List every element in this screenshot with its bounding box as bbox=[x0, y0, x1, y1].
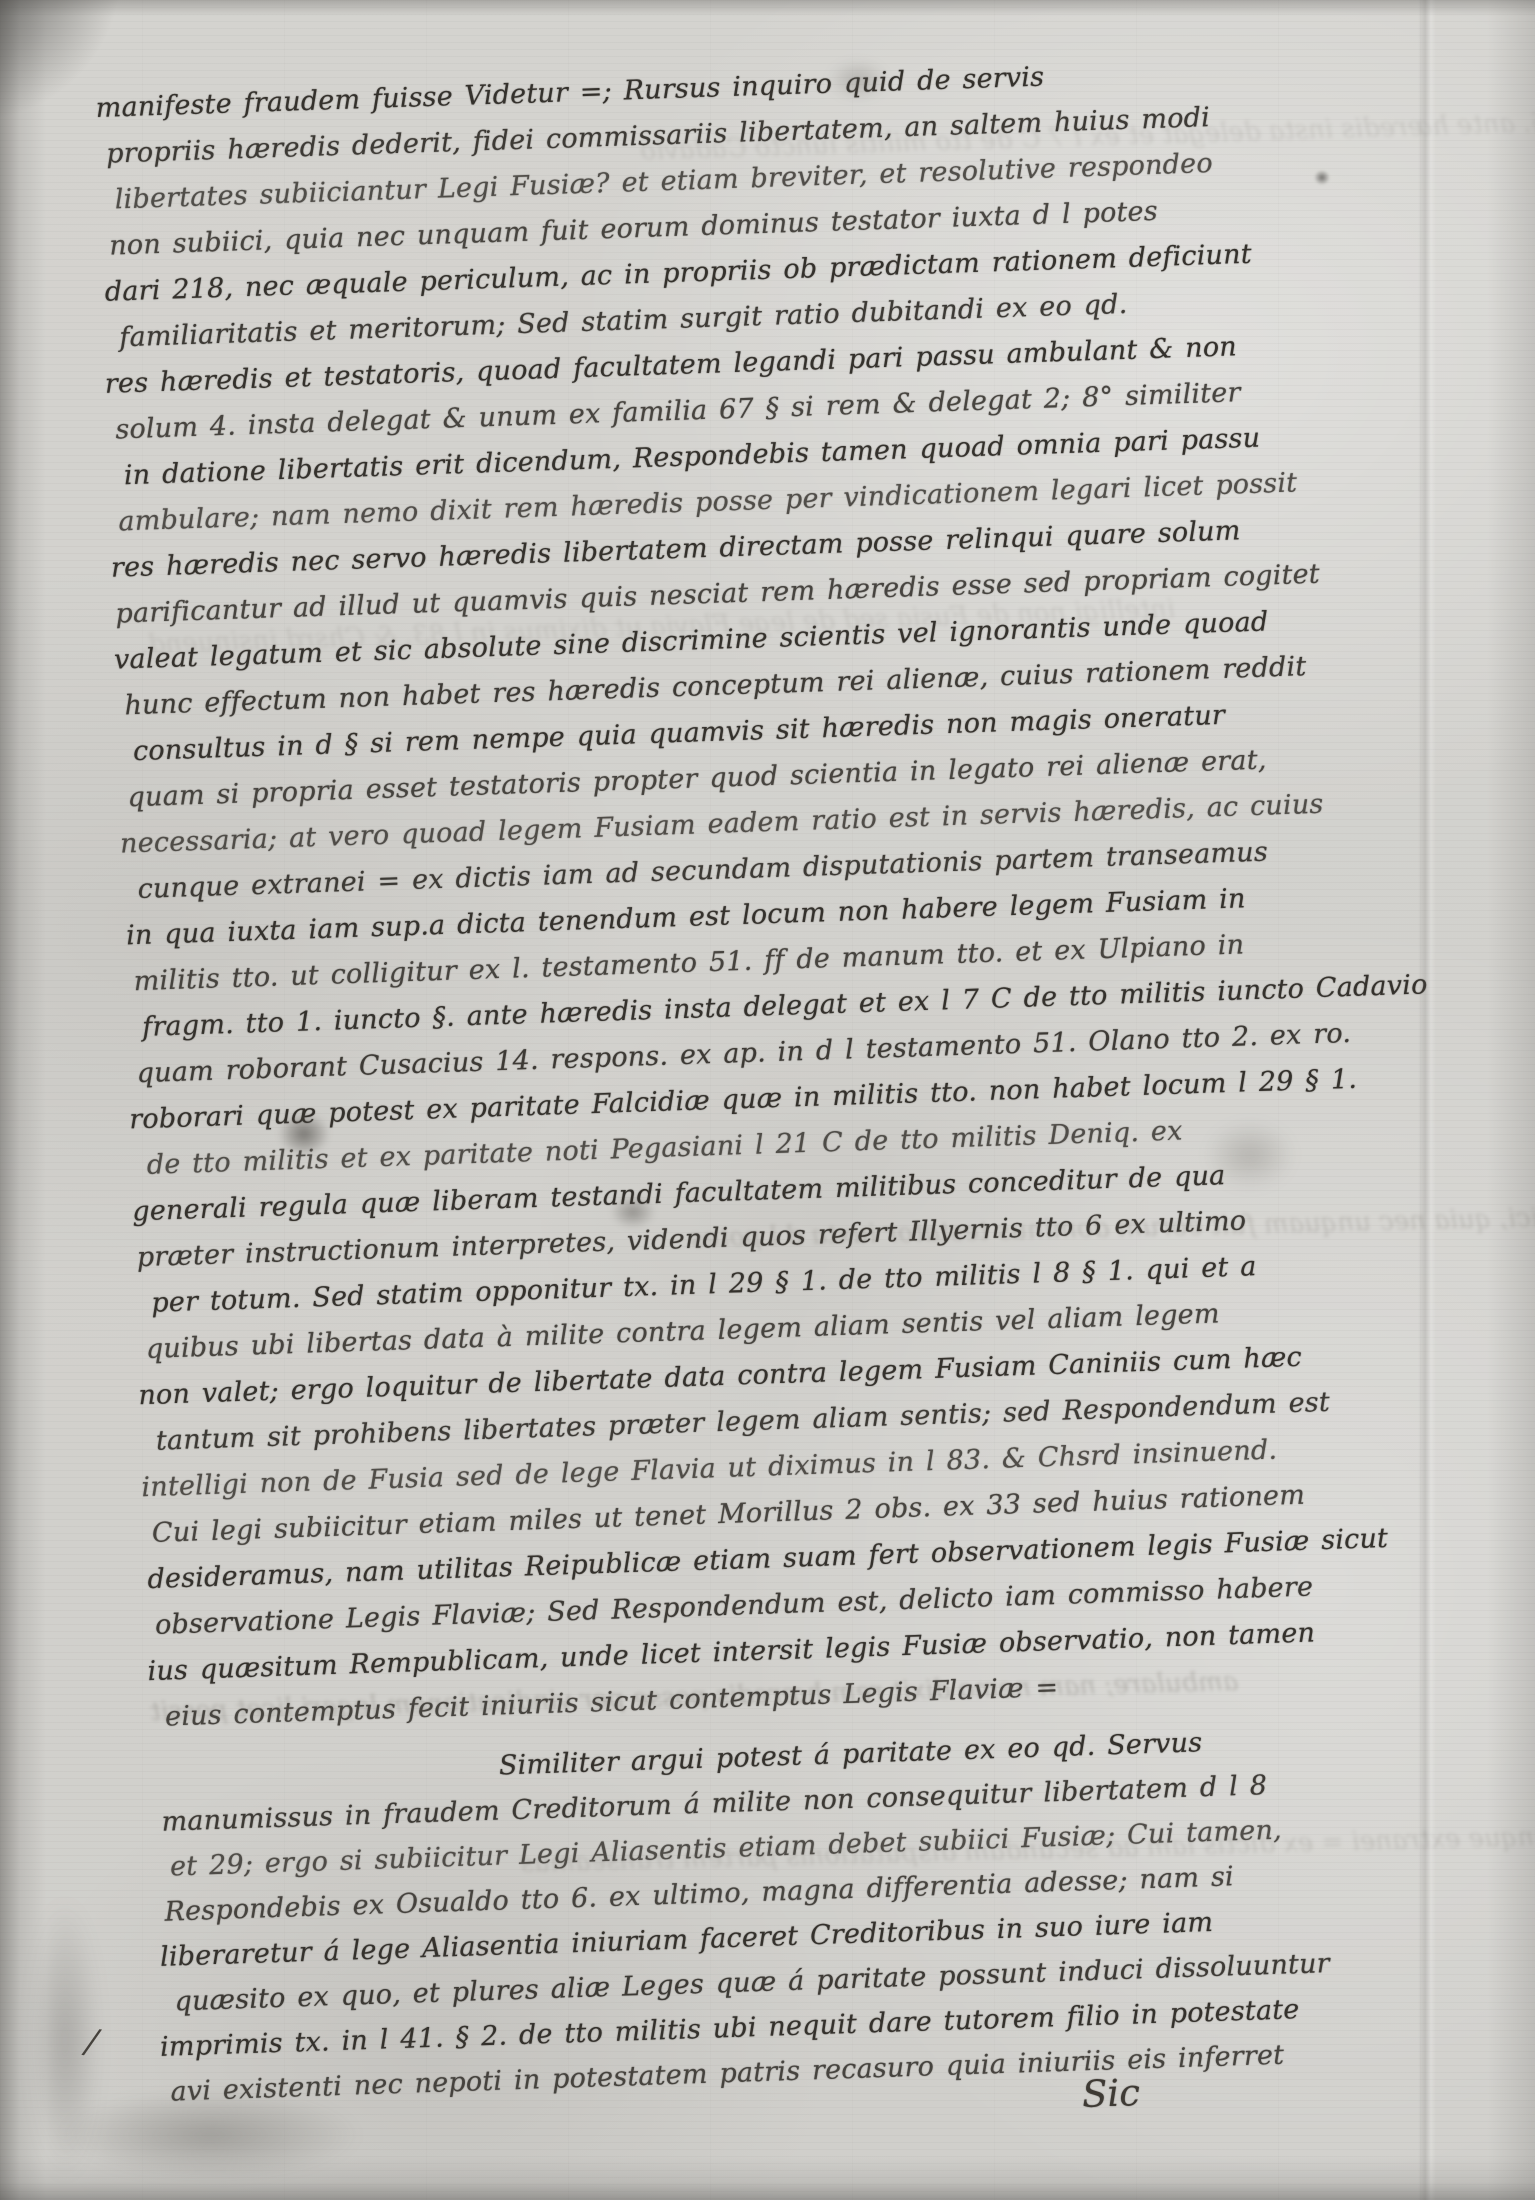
paragraph-2: Similiter argui potest á paritate ex eo … bbox=[150, 1716, 1351, 2115]
catchword: Sic bbox=[1081, 2071, 1140, 2116]
paragraph-1: manifeste fraudem fuisse Videtur =; Rurs… bbox=[95, 47, 1339, 1742]
manuscript-page: fragm. tto 1. iuncto §. ante hæredis ins… bbox=[0, 0, 1535, 2200]
margin-mark: / bbox=[83, 2021, 100, 2062]
text-block: manifeste fraudem fuisse Videtur =; Rurs… bbox=[95, 47, 1352, 2115]
ink-dot bbox=[1314, 170, 1330, 185]
vertical-fold-crease bbox=[1418, 0, 1436, 2200]
